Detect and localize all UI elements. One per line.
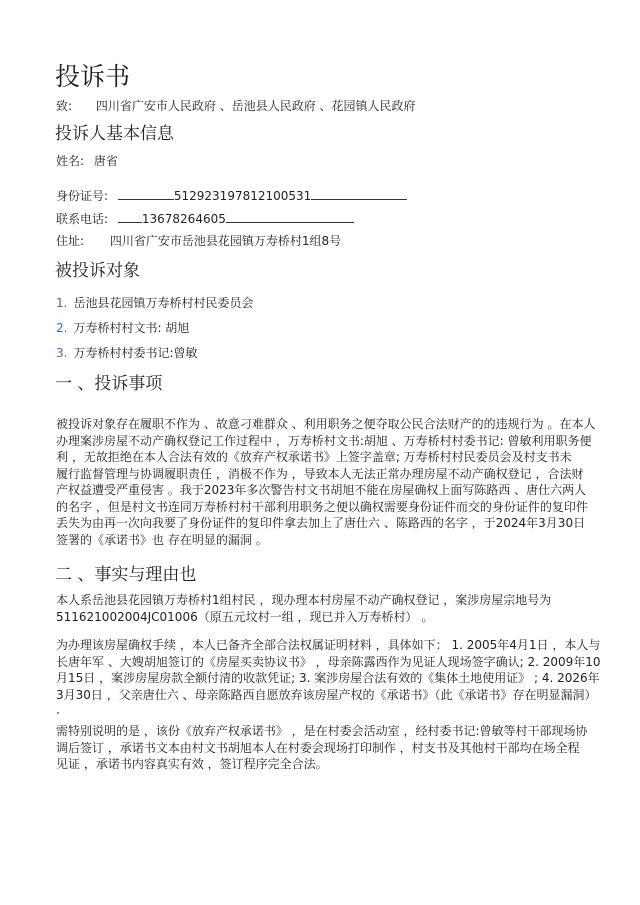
complaint-document: 投诉书 致: 四川省广安市人民政府 、岳池县人民政府 、花园镇人民政府 投诉人基… — [0, 0, 640, 905]
respondent-item: 3.万寿桥村村委书记:曾敏 — [56, 345, 198, 361]
paragraph-line: 为办理该房屋确权手续 ，本人已备齐全部合法权属证明材料 ，具体如下： 1. 20… — [56, 637, 640, 654]
underline-blank — [118, 187, 174, 200]
paragraph-line: 需特别说明的是 ，该份《放弃产权承诺书》 ，是在村委会活动室 ，经村委书记:曾敏… — [56, 723, 640, 740]
section-two-paragraph-3: 需特别说明的是 ，该份《放弃产权承诺书》 ，是在村委会活动室 ，经村委书记:曾敏… — [56, 723, 640, 773]
document-title: 投诉书 — [55, 60, 130, 94]
name-label: 姓名: — [56, 154, 84, 168]
paragraph-line: 履行监督管理与协调履职责任 ，消极不作为 ，导致本人无法正常办理房屋不动产确权登… — [56, 466, 640, 483]
complainant-heading: 投诉人基本信息 — [55, 123, 174, 145]
paragraph-line: 利 ，无故拒绝在本人合法有效的《放弃产权承诺书》上签字盖章; 万寿桥村村民委员会… — [56, 449, 640, 466]
paragraph-line: 办理案涉房屋不动产确权登记工作过程中 ，万寿桥村文书:胡旭 、万寿桥村村委书记:… — [56, 433, 640, 450]
id-number-label: 身份证号: — [56, 189, 108, 203]
respondent-text: 万寿桥村村文书: 胡旭 — [73, 321, 189, 335]
phone-value: 13678264605 — [142, 212, 226, 226]
paragraph-line: 见证 ，承诺书内容真实有效 ，签订程序完全合法。 — [56, 756, 640, 773]
id-number-field: 身份证号: 512923197812100531 — [56, 187, 407, 204]
underline-blank — [311, 187, 407, 200]
underline-blank — [226, 210, 354, 223]
name-value: 唐省 — [94, 154, 118, 168]
phone-field: 联系电话: 13678264605 — [56, 210, 354, 227]
respondents-heading: 被投诉对象 — [55, 260, 140, 282]
stray-dot — [57, 712, 59, 714]
phone-label: 联系电话: — [56, 212, 108, 226]
paragraph-line: 本人系岳池县花园镇万寿桥村1组村民 ，现办理本村房屋不动产确权登记 ，案涉房屋宗… — [56, 592, 640, 609]
section-one-paragraph: 被投诉对象存在履职不作为 、故意刁难群众 、利用职务之便夺取公民合法财产的的违规… — [56, 416, 640, 548]
address-value: 四川省广安市岳池县花园镇万寿桥村1组8号 — [110, 234, 341, 248]
address-field: 住址: 四川省广安市岳池县花园镇万寿桥村1组8号 — [56, 233, 341, 249]
paragraph-line: 被投诉对象存在履职不作为 、故意刁难群众 、利用职务之便夺取公民合法财产的的违规… — [56, 416, 640, 433]
addressee-line: 致: 四川省广安市人民政府 、岳池县人民政府 、花园镇人民政府 — [56, 98, 416, 114]
paragraph-line: 丢失为由再一次向我要了身份证件的复印件拿去加上了唐仕六 、陈路西的名字 ，于20… — [56, 515, 640, 532]
addressee-value: 四川省广安市人民政府 、岳池县人民政府 、花园镇人民政府 — [96, 99, 416, 113]
respondent-item: 2.万寿桥村村文书: 胡旭 — [56, 320, 189, 336]
section-two-paragraph-2: 为办理该房屋确权手续 ，本人已备齐全部合法权属证明材料 ，具体如下： 1. 20… — [56, 637, 640, 703]
paragraph-line: 的名字 ，但是村文书连同万寿桥村村干部利用职务之便以确权需要身份证件而交的身份证… — [56, 499, 640, 516]
name-field: 姓名: 唐省 — [56, 153, 118, 169]
list-number: 2. — [56, 321, 67, 335]
paragraph-line: 3月30日 ，父亲唐仕六 、母亲陈路西自愿放弃该房屋产权的《承诺书》（此《承诺书… — [56, 687, 640, 704]
list-number: 1. — [56, 296, 67, 310]
list-number: 3. — [56, 346, 67, 360]
id-number-value: 512923197812100531 — [174, 189, 311, 203]
address-label: 住址: — [56, 234, 84, 248]
section-two-heading: 二 、事实与理由也 — [55, 564, 196, 586]
paragraph-line: 长唐年军 、大嫂胡旭签订的《房屋买卖协议书》 ，母亲陈露西作为见证人现场签字确认… — [56, 654, 640, 671]
addressee-label: 致: — [56, 99, 72, 113]
respondent-text: 岳池县花园镇万寿桥村村民委员会 — [73, 296, 253, 310]
paragraph-line: 调后签订 ，承诺书文本由村文书胡旭本人在村委会现场打印制作 ，村支书及其他村干部… — [56, 740, 640, 757]
respondent-text: 万寿桥村村委书记:曾敏 — [73, 346, 197, 360]
underline-blank — [118, 210, 142, 223]
paragraph-line: 月15日 ，案涉房屋房款全额付清的收款凭证; 3. 案涉房屋合法有效的《集体土地… — [56, 670, 640, 687]
respondent-item: 1.岳池县花园镇万寿桥村村民委员会 — [56, 295, 253, 311]
paragraph-line: 签署的《承诺书》也 存在明显的漏洞 。 — [56, 532, 640, 549]
paragraph-line: 511621002004JC01006（原五元坟村一组 ，现已并入万寿桥村） 。 — [56, 609, 640, 626]
section-two-paragraph-1: 本人系岳池县花园镇万寿桥村1组村民 ，现办理本村房屋不动产确权登记 ，案涉房屋宗… — [56, 592, 640, 625]
paragraph-line: 产权益遭受严重侵害 。我于2023年多次警告村文书胡旭不能在房屋确权上面写陈路西… — [56, 482, 640, 499]
section-one-heading: 一 、投诉事项 — [55, 373, 162, 395]
